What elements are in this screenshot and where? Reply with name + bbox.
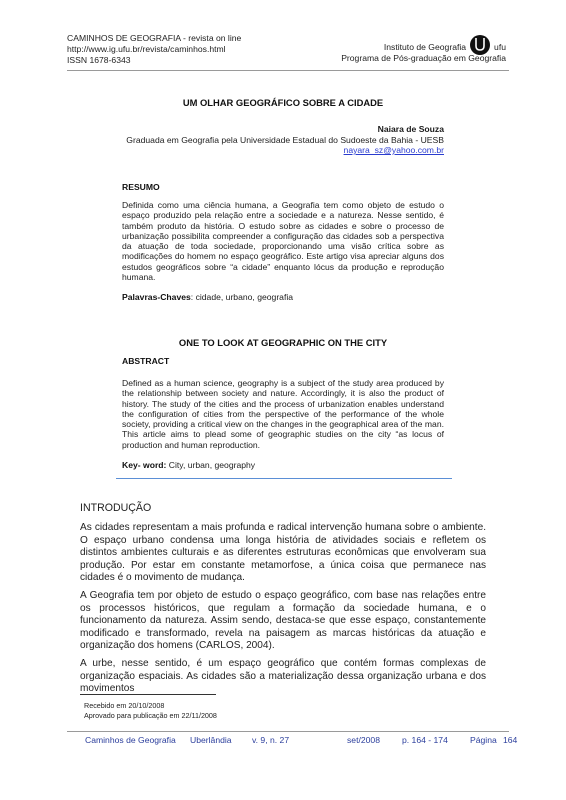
abstract-divider — [116, 478, 452, 479]
resumo-text: Definida como uma ciência humana, a Geog… — [122, 200, 444, 282]
footer-page-number: 164 — [503, 735, 517, 745]
body-paragraph: As cidades representam a mais profunda e… — [80, 522, 486, 585]
program-name: Programa de Pós-graduação em Geografia — [341, 53, 506, 64]
author-name: Naiara de Souza — [378, 124, 444, 134]
journal-header: CAMINHOS DE GEOGRAFIA - revista on line … — [67, 33, 241, 66]
footer-journal: Caminhos de Geografia — [85, 735, 176, 745]
footnote-approved: Aprovado para publicação em 22/11/2008 — [84, 711, 217, 720]
abstract-heading: ABSTRACT — [122, 356, 169, 366]
palavras-label: Palavras-Chaves — [122, 292, 191, 302]
institute-name: Instituto de Geografia — [384, 42, 466, 53]
palavras-values: : cidade, urbano, geografia — [191, 292, 293, 302]
resumo-heading: RESUMO — [122, 182, 160, 192]
journal-url[interactable]: http://www.ig.ufu.br/revista/caminhos.ht… — [67, 44, 241, 55]
footer-city: Uberlândia — [190, 735, 232, 745]
institution-header: Instituto de Geografia ufu Programa de P… — [341, 35, 506, 64]
keywords: Key- word: City, urban, geography — [122, 460, 255, 470]
footer-date: set/2008 — [347, 735, 380, 745]
footer-pages: p. 164 - 174 — [402, 735, 448, 745]
footnote-received: Recebido em 20/10/2008 — [84, 701, 164, 710]
logo-label: ufu — [494, 42, 506, 53]
palavras-chaves: Palavras-Chaves: cidade, urbano, geograf… — [122, 292, 293, 302]
keyword-label: Key- word: — [122, 460, 166, 470]
journal-name: CAMINHOS DE GEOGRAFIA - revista on line — [67, 33, 241, 44]
footer-volume: v. 9, n. 27 — [252, 735, 289, 745]
footnote-divider — [80, 694, 216, 695]
header-divider — [67, 70, 509, 71]
article-title-en: ONE TO LOOK AT GEOGRAPHIC ON THE CITY — [0, 337, 566, 348]
author-email-link[interactable]: nayara_sz@yahoo.com.br — [344, 145, 444, 155]
article-title: UM OLHAR GEOGRÁFICO SOBRE A CIDADE — [0, 97, 566, 108]
footer-divider — [67, 731, 509, 732]
body-paragraph: A urbe, nesse sentido, é um espaço geogr… — [80, 658, 486, 696]
footer-page-label: Página — [470, 735, 497, 745]
author-affiliation: Graduada em Geografia pela Universidade … — [126, 135, 444, 145]
journal-issn: ISSN 1678-6343 — [67, 55, 241, 66]
body-paragraph: A Geografia tem por objeto de estudo o e… — [80, 590, 486, 653]
ufu-logo-icon — [470, 35, 490, 55]
intro-heading: INTRODUÇÃO — [80, 502, 151, 514]
keyword-values: City, urban, geography — [166, 460, 255, 470]
abstract-text: Defined as a human science, geography is… — [122, 378, 444, 450]
